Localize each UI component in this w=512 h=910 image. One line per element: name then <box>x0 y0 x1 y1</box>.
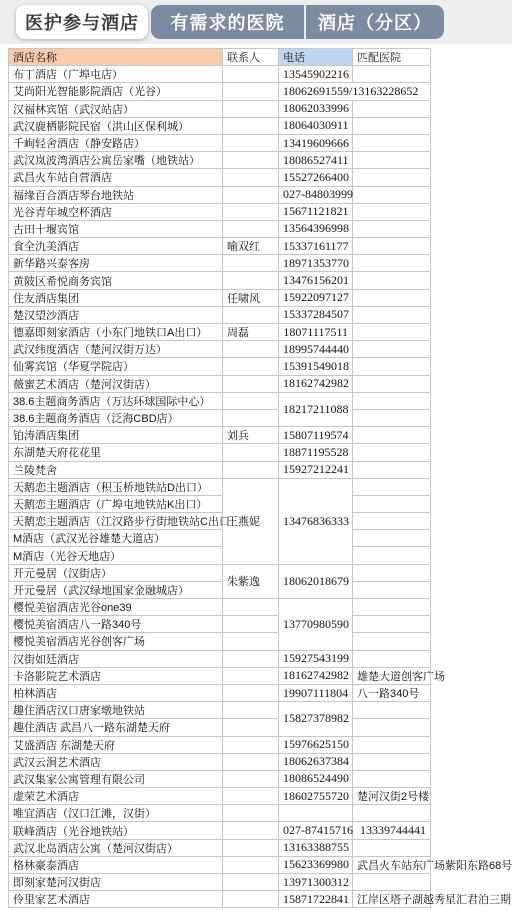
hotel-name-cell: 樱悦美宿酒店光谷one39 <box>9 599 223 616</box>
phone-cell: 18086524490 <box>279 770 353 787</box>
phone-cell: 15391549018 <box>279 358 353 375</box>
hospital-cell <box>353 306 431 323</box>
hotel-name-cell: 柏林酒店 <box>9 684 223 701</box>
contact-cell: 王燕妮 <box>223 478 279 564</box>
table-row: 武汉北岛酒店公寓（楚河汉街店）13163388755 <box>9 839 431 856</box>
phone-cell: 18062018679 <box>279 564 353 598</box>
hotel-name-cell: 东湖楚天府花花里 <box>9 444 223 461</box>
contact-cell <box>223 616 279 633</box>
phone-cell: 13971300312 <box>279 874 353 891</box>
table-row: 武汉鹿栖影院民宿（洪山区保利城）18064030911 <box>9 117 431 134</box>
contact-cell <box>223 169 279 186</box>
table-row: 38.6主题商务酒店（泛海CBD店） <box>9 409 431 426</box>
inactive-tab-group: 有需求的医院 酒店（分区） <box>151 5 444 39</box>
phone-cell: 15671121821 <box>279 203 353 220</box>
hotel-name-cell: 卡洛影院艺术酒店 <box>9 667 223 684</box>
contact-cell <box>223 203 279 220</box>
table-row: 天鹅恋主题酒店（广埠屯地铁站K出口） <box>9 495 431 512</box>
hospital-cell <box>353 564 431 581</box>
table-row: 格林豪泰酒店15623369980武昌火车站东广场紫阳东路68号 <box>9 856 431 873</box>
contact-cell <box>223 409 279 426</box>
contact-cell <box>223 684 279 701</box>
hospital-cell <box>353 599 431 616</box>
phone-cell: 13476836333 <box>279 478 353 564</box>
table-row: 古田十堰宾馆13564396998 <box>9 220 431 237</box>
table-row: 汉街如廷酒店15927543199 <box>9 650 431 667</box>
tab-hospitals-in-need[interactable]: 有需求的医院 <box>151 5 304 39</box>
hospital-cell <box>353 702 431 719</box>
hospital-cell: 楚河汉街2号楼 <box>353 788 431 805</box>
hospital-cell: 雄楚大道创客广场 <box>353 667 431 684</box>
phone-cell: 13163388755 <box>279 839 353 856</box>
phone-cell: 15927212241 <box>279 461 353 478</box>
phone-cell: 13419609666 <box>279 134 353 151</box>
hospital-cell: 武昌火车站东广场紫阳东路68号 <box>353 856 431 873</box>
hotel-name-cell: 千峋轻舍酒店（静安路店） <box>9 134 223 151</box>
hospital-cell <box>353 117 431 134</box>
hotel-name-cell: 黄陂区希悦商务宾馆 <box>9 272 223 289</box>
table-row: 樱悦美宿酒店光谷one3913770980590 <box>9 599 431 616</box>
hotel-name-cell: 仙雾宾馆（华夏学院店） <box>9 358 223 375</box>
phone-cell: 027-84803999 <box>279 186 353 203</box>
contact-cell <box>223 805 279 822</box>
phone-cell: 18071117511 <box>279 324 353 341</box>
phone-cell: 13545902216 <box>279 66 353 83</box>
hospital-cell <box>353 220 431 237</box>
table-row: 樱悦美宿酒店八一路340号 <box>9 616 431 633</box>
tab-hotels-with-medics[interactable]: 医护参与酒店 <box>16 5 148 39</box>
hospital-cell <box>353 289 431 306</box>
hospital-cell <box>353 736 431 753</box>
contact-cell <box>223 770 279 787</box>
hotel-name-cell: 38.6主题商务酒店（泛海CBD店） <box>9 409 223 426</box>
phone-cell: 18602755720 <box>279 788 353 805</box>
hotel-name-cell: 樱悦美宿酒店光谷创客广场 <box>9 633 223 650</box>
hotel-name-cell: 联峰酒店（光谷地铁站） <box>9 822 223 839</box>
phone-cell: 027-87415716 <box>279 822 353 839</box>
contact-cell <box>223 186 279 203</box>
hotel-name-cell: 德嘉即刻家酒店（小东门地铁口A出口） <box>9 324 223 341</box>
hospital-cell <box>353 495 431 512</box>
hotel-name-cell: M酒店（武汉光谷雄楚大道店） <box>9 530 223 547</box>
table-row: 联峰酒店（光谷地铁站）027-8741571613339744441 <box>9 822 431 839</box>
table-row: 布丁酒店（广埠屯店）13545902216 <box>9 66 431 83</box>
table-row: 光谷青年城空杯酒店15671121821 <box>9 203 431 220</box>
hotel-name-cell: 38.6主题商务酒店（万达环球国际中心） <box>9 392 223 409</box>
hotel-name-cell: 武汉北岛酒店公寓（楚河汉街店） <box>9 839 223 856</box>
hospital-cell <box>353 66 431 83</box>
hotel-name-cell: 武汉鹿栖影院民宿（洪山区保利城） <box>9 117 223 134</box>
table-row: 虚荣艺术酒店18602755720楚河汉街2号楼 <box>9 788 431 805</box>
phone-cell: 13476156201 <box>279 272 353 289</box>
hospital-cell <box>353 650 431 667</box>
hospital-cell <box>353 839 431 856</box>
hospital-cell <box>353 461 431 478</box>
phone-cell: 15976625150 <box>279 736 353 753</box>
hotel-name-cell: 武汉纬度酒店（楚河汉街万达） <box>9 341 223 358</box>
contact-cell <box>223 753 279 770</box>
column-header-hotel-name: 酒店名称 <box>9 49 223 66</box>
contact-cell <box>223 83 279 100</box>
table-row: 铂涛酒店集团刘兵15807119574 <box>9 427 431 444</box>
hotel-name-cell: 楚汉望沙酒店 <box>9 306 223 323</box>
hotel-name-cell: M酒店（光谷天地店） <box>9 547 223 564</box>
hospital-cell <box>353 186 431 203</box>
hotel-name-cell: 食全氿美酒店 <box>9 238 223 255</box>
hotel-name-cell: 开元曼居（武汉绿地国家金融城店） <box>9 581 223 598</box>
contact-cell <box>223 66 279 83</box>
hotel-name-cell: 天鹅恋主题酒店（积玉桥地铁站D出口） <box>9 478 223 495</box>
contact-cell <box>223 856 279 873</box>
hospital-cell <box>353 547 431 564</box>
table-row: 艾盛酒店 东湖楚天府15976625150 <box>9 736 431 753</box>
hospital-cell <box>353 478 431 495</box>
table-row: 天鹅恋主题酒店（江汉路步行街地铁站C出口 <box>9 513 431 530</box>
hotel-name-cell: 天鹅恋主题酒店（广埠屯地铁站K出口） <box>9 495 223 512</box>
contact-cell: 周磊 <box>223 324 279 341</box>
phone-cell: 18871195528 <box>279 444 353 461</box>
hospital-cell <box>353 633 431 650</box>
phone-cell: 18995744440 <box>279 341 353 358</box>
table-row: 武汉岚波湾酒店公寓岳家嘴（地铁站）18086527411 <box>9 152 431 169</box>
hotel-name-cell: 武汉集家公寓管理有限公司 <box>9 770 223 787</box>
table-row: 即刻家楚河汉街店13971300312 <box>9 874 431 891</box>
phone-cell: 15337161177 <box>279 238 353 255</box>
contact-cell: 喻双红 <box>223 238 279 255</box>
table-row: 汉福林宾馆（武汉站店）18062033996 <box>9 100 431 117</box>
phone-cell: 18086527411 <box>279 152 353 169</box>
contact-cell: 朱紫逸 <box>223 564 279 598</box>
hotel-name-cell: 汉街如廷酒店 <box>9 650 223 667</box>
phone-cell: 13770980590 <box>279 599 353 651</box>
hospital-cell <box>353 874 431 891</box>
tab-hotels-by-district[interactable]: 酒店（分区） <box>304 5 444 39</box>
hotel-name-cell: 铂涛酒店集团 <box>9 427 223 444</box>
table-row: 新华路兴泰客房18971353770 <box>9 255 431 272</box>
contact-cell <box>223 220 279 237</box>
hotel-name-cell: 住友酒店集团 <box>9 289 223 306</box>
hotel-name-cell: 武汉岚波湾酒店公寓岳家嘴（地铁站） <box>9 152 223 169</box>
phone-cell: 15871722841 <box>279 891 353 908</box>
table-row: 薇蜜艺术酒店（楚河汉街店）18162742982 <box>9 375 431 392</box>
contact-cell <box>223 358 279 375</box>
contact-cell <box>223 891 279 908</box>
hospital-cell <box>353 255 431 272</box>
phone-cell: 18062691559/13163228652 <box>279 83 431 100</box>
contact-cell <box>223 599 279 616</box>
header-row: 酒店名称联系人电话匹配医院 <box>9 49 431 66</box>
column-header-matched-hospital: 匹配医院 <box>353 49 431 66</box>
hotel-name-cell: 趣住酒店汉口唐家墩地铁站 <box>9 702 223 719</box>
table-row: 住友酒店集团任啸风15922097127 <box>9 289 431 306</box>
phone-cell: 18971353770 <box>279 255 353 272</box>
phone-cell: 19907111804 <box>279 684 353 701</box>
contact-cell <box>223 788 279 805</box>
hospital-cell <box>353 392 431 409</box>
contact-cell <box>223 736 279 753</box>
hotel-name-cell: 格林豪泰酒店 <box>9 856 223 873</box>
hospital-cell <box>353 341 431 358</box>
contact-cell <box>223 152 279 169</box>
hospital-cell <box>353 616 431 633</box>
hotel-name-cell: 新华路兴泰客房 <box>9 255 223 272</box>
table-row: 柏林酒店19907111804八一路340号 <box>9 684 431 701</box>
contact-cell <box>223 255 279 272</box>
contact-cell: 任啸风 <box>223 289 279 306</box>
hospital-cell <box>353 100 431 117</box>
table-row: 开元曼居（汉街店）朱紫逸18062018679 <box>9 564 431 581</box>
phone-cell <box>279 805 353 822</box>
phone-cell: 18162742982 <box>279 375 353 392</box>
column-header-contact: 联系人 <box>223 49 279 66</box>
contact-cell <box>223 134 279 151</box>
hospital-cell <box>353 805 431 822</box>
hotel-name-cell: 即刻家楚河汉街店 <box>9 874 223 891</box>
hotel-name-cell: 趣住酒店 武昌八一路东湖楚天府 <box>9 719 223 736</box>
phone-cell: 15927543199 <box>279 650 353 667</box>
table-row: M酒店（武汉光谷雄楚大道店） <box>9 530 431 547</box>
contact-cell <box>223 650 279 667</box>
table-row: 仙雾宾馆（华夏学院店）15391549018 <box>9 358 431 375</box>
table-row: 武汉纬度酒店（楚河汉街万达）18995744440 <box>9 341 431 358</box>
hotel-name-cell: 伶里家艺术酒店 <box>9 891 223 908</box>
contact-cell <box>223 392 279 409</box>
contact-cell <box>223 702 279 719</box>
hospital-cell <box>353 203 431 220</box>
hotel-name-cell: 福缘百合酒店琴台地铁站 <box>9 186 223 203</box>
phone-cell: 18217211088 <box>279 392 353 426</box>
phone-cell: 18062033996 <box>279 100 353 117</box>
table-row: 38.6主题商务酒店（万达环球国际中心）18217211088 <box>9 392 431 409</box>
hotel-name-cell: 天鹅恋主题酒店（江汉路步行街地铁站C出口 <box>9 513 223 530</box>
table-row: 食全氿美酒店喻双红15337161177 <box>9 238 431 255</box>
table-row: 卡洛影院艺术酒店18162742982雄楚大道创客广场 <box>9 667 431 684</box>
hotel-name-cell: 薇蜜艺术酒店（楚河汉街店） <box>9 375 223 392</box>
contact-cell <box>223 822 279 839</box>
hospital-cell <box>353 409 431 426</box>
phone-cell: 15527266400 <box>279 169 353 186</box>
hotel-name-cell: 艾盛酒店 东湖楚天府 <box>9 736 223 753</box>
contact-cell <box>223 839 279 856</box>
phone-cell: 15827378982 <box>279 702 353 736</box>
contact-cell <box>223 874 279 891</box>
hospital-cell <box>353 427 431 444</box>
hospital-cell <box>353 753 431 770</box>
column-header-phone: 电话 <box>279 49 353 66</box>
contact-cell <box>223 633 279 650</box>
hotel-name-cell: 兰陵梵舍 <box>9 461 223 478</box>
phone-cell: 15807119574 <box>279 427 353 444</box>
table-row: 艾尚阳光智能影院酒店（光谷）18062691559/13163228652 <box>9 83 431 100</box>
table-row: 兰陵梵舍15927212241 <box>9 461 431 478</box>
contact-cell <box>223 117 279 134</box>
phone-cell: 18162742982 <box>279 667 353 684</box>
table-row: 趣住酒店汉口唐家墩地铁站15827378982 <box>9 702 431 719</box>
hotel-name-cell: 虚荣艺术酒店 <box>9 788 223 805</box>
hotel-name-cell: 布丁酒店（广埠屯店） <box>9 66 223 83</box>
table-row: 德嘉即刻家酒店（小东门地铁口A出口）周磊18071117511 <box>9 324 431 341</box>
table-row: 楚汉望沙酒店15337284507 <box>9 306 431 323</box>
phone-cell: 15337284507 <box>279 306 353 323</box>
table-row: 趣住酒店 武昌八一路东湖楚天府 <box>9 719 431 736</box>
hotel-name-cell: 武昌火车站自营酒店 <box>9 169 223 186</box>
phone-cell: 13564396998 <box>279 220 353 237</box>
hospital-cell <box>353 358 431 375</box>
table-row: 天鹅恋主题酒店（积玉桥地铁站D出口）王燕妮13476836333 <box>9 478 431 495</box>
table-row: 千峋轻舍酒店（静安路店）13419609666 <box>9 134 431 151</box>
contact-cell <box>223 375 279 392</box>
hospital-cell <box>353 238 431 255</box>
hotel-name-cell: 开元曼居（汉街店） <box>9 564 223 581</box>
hotel-name-cell: 武汉云涧艺术酒店 <box>9 753 223 770</box>
contact-cell <box>223 444 279 461</box>
phone-cell: 18064030911 <box>279 117 353 134</box>
hospital-cell <box>353 444 431 461</box>
hotel-name-cell: 古田十堰宾馆 <box>9 220 223 237</box>
hotel-name-cell: 汉福林宾馆（武汉站店） <box>9 100 223 117</box>
hospital-cell <box>353 530 431 547</box>
table-row: 开元曼居（武汉绿地国家金融城店） <box>9 581 431 598</box>
contact-cell <box>223 341 279 358</box>
table-row: 武汉云涧艺术酒店18062637384 <box>9 753 431 770</box>
contact-cell <box>223 100 279 117</box>
hospital-cell <box>353 770 431 787</box>
hospital-cell: 八一路340号 <box>353 684 431 701</box>
hospital-cell: 13339744441 <box>353 822 431 839</box>
hotel-table: 酒店名称联系人电话匹配医院 布丁酒店（广埠屯店）13545902216艾尚阳光智… <box>8 48 431 908</box>
contact-cell: 刘兵 <box>223 427 279 444</box>
hospital-cell <box>353 513 431 530</box>
table-row: 唯宜酒店（汉口江滩，汉街） <box>9 805 431 822</box>
sheet-tab-bar: 医护参与酒店 有需求的医院 酒店（分区） <box>0 0 512 44</box>
phone-cell: 15922097127 <box>279 289 353 306</box>
table-row: M酒店（光谷天地店） <box>9 547 431 564</box>
hospital-cell <box>353 169 431 186</box>
hotel-name-cell: 唯宜酒店（汉口江滩，汉街） <box>9 805 223 822</box>
hospital-cell <box>353 324 431 341</box>
phone-cell: 15623369980 <box>279 856 353 873</box>
hospital-cell <box>353 272 431 289</box>
table-row: 樱悦美宿酒店光谷创客广场 <box>9 633 431 650</box>
hospital-cell <box>353 375 431 392</box>
contact-cell <box>223 461 279 478</box>
table-row: 武汉集家公寓管理有限公司18086524490 <box>9 770 431 787</box>
phone-cell: 18062637384 <box>279 753 353 770</box>
contact-cell <box>223 719 279 736</box>
contact-cell <box>223 306 279 323</box>
contact-cell <box>223 667 279 684</box>
table-row: 武昌火车站自营酒店15527266400 <box>9 169 431 186</box>
table-row: 伶里家艺术酒店15871722841江岸区塔子湖越秀星汇君泊三期 <box>9 891 431 908</box>
table-row: 福缘百合酒店琴台地铁站027-84803999 <box>9 186 431 203</box>
table-row: 东湖楚天府花花里18871195528 <box>9 444 431 461</box>
hospital-cell <box>353 134 431 151</box>
hospital-cell <box>353 152 431 169</box>
hospital-cell <box>353 719 431 736</box>
contact-cell <box>223 272 279 289</box>
hotel-name-cell: 樱悦美宿酒店八一路340号 <box>9 616 223 633</box>
hotel-name-cell: 光谷青年城空杯酒店 <box>9 203 223 220</box>
hospital-cell <box>353 581 431 598</box>
hospital-cell: 江岸区塔子湖越秀星汇君泊三期 <box>353 891 431 908</box>
table-row: 黄陂区希悦商务宾馆13476156201 <box>9 272 431 289</box>
hotel-name-cell: 艾尚阳光智能影院酒店（光谷） <box>9 83 223 100</box>
